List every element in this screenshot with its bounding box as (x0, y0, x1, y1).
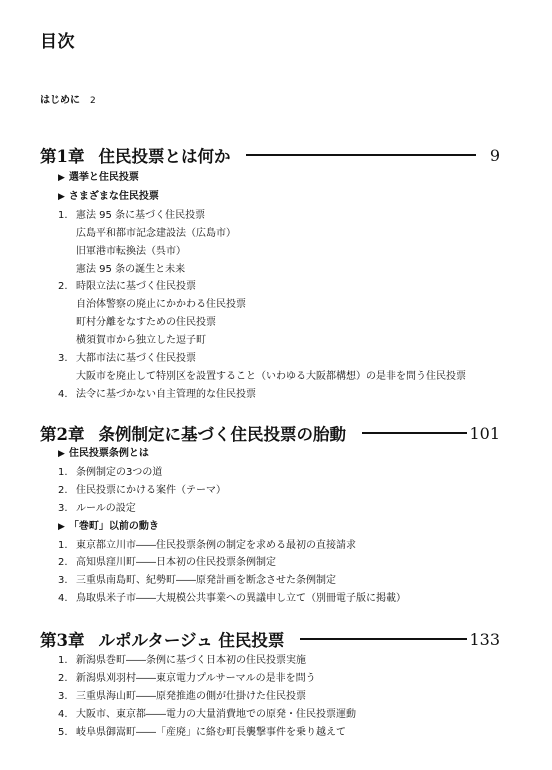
toc-entry[interactable]: 1.新潟県巻町――条例に基づく日本初の住民投票実施 (58, 652, 356, 670)
entry-number: 4. (58, 590, 76, 608)
triangle-bullet-icon: ▶ (58, 519, 65, 537)
triangle-bullet-icon: ▶ (58, 446, 65, 464)
entry-number: 1. (58, 652, 76, 670)
toc-entry[interactable]: 4.鳥取県米子市――大規模公共事業への異議申し立て（別冊電子版に掲載） (58, 590, 406, 608)
entry-number: 1. (58, 464, 76, 482)
toc-entry[interactable]: 5.岐阜県御嵩町――「産廃」に絡む町長襲撃事件を乗り越えて (58, 724, 356, 742)
chapter-page: 101 (469, 424, 500, 443)
chapter-number: 第2章 (40, 421, 84, 445)
toc-entry[interactable]: ▶さまざまな住民投票 (58, 188, 466, 207)
entry-number: 4. (58, 386, 76, 404)
toc-intro[interactable]: はじめに2 (40, 91, 96, 106)
entry-text: 横須賀市から独立した逗子町 (76, 335, 206, 346)
entry-text: 「巻町」以前の動き (69, 521, 159, 532)
toc-entry[interactable]: 1.憲法 95 条に基づく住民投票 (58, 207, 466, 225)
toc-entry[interactable]: 横須賀市から独立した逗子町 (58, 332, 466, 350)
entry-number: 4. (58, 706, 76, 724)
entry-text: 町村分離をなすための住民投票 (76, 317, 216, 328)
toc-entry[interactable]: 3.三重県南島町、紀勢町――原発計画を断念させた条例制定 (58, 572, 406, 590)
toc-entry[interactable]: 自治体警察の廃止にかかわる住民投票 (58, 296, 466, 314)
entry-text: 東京都立川市――住民投票条例の制定を求める最初の直接請求 (76, 540, 356, 551)
chapter-title: 条例制定に基づく住民投票の胎動 (98, 421, 346, 445)
entry-text: 時限立法に基づく住民投票 (76, 281, 196, 292)
entry-text: 住民投票条例とは (69, 448, 149, 459)
chapter-title: ルポルタージュ 住民投票 (98, 627, 284, 651)
toc-entry[interactable]: 1.条例制定の3つの道 (58, 464, 406, 482)
entry-text: ルールの設定 (76, 503, 136, 514)
leader-rule (362, 432, 467, 433)
entry-text: 大阪市、東京都――電力の大量消費地での原発・住民投票運動 (76, 709, 356, 720)
chapter-number: 第1章 (40, 143, 84, 167)
entry-number: 3. (58, 688, 76, 706)
chapter-1-items: ▶選挙と住民投票▶さまざまな住民投票1.憲法 95 条に基づく住民投票広島平和都… (58, 169, 466, 404)
entry-text: 鳥取県米子市――大規模公共事業への異議申し立て（別冊電子版に掲載） (76, 593, 406, 604)
chapter-2-heading[interactable]: 第2章 条例制定に基づく住民投票の胎動 101 (40, 421, 500, 445)
entry-text: 法令に基づかない自主管理的な住民投票 (76, 389, 256, 400)
toc-entry[interactable]: 憲法 95 条の誕生と未来 (58, 261, 466, 279)
chapter-1-heading[interactable]: 第1章 住民投票とは何か 9 (40, 143, 500, 167)
entry-text: 旧軍港市転換法（呉市） (76, 246, 186, 257)
entry-text: 新潟県刈羽村――東京電力プルサーマルの是非を問う (76, 673, 316, 684)
toc-entry[interactable]: 3.三重県海山町――原発推進の側が仕掛けた住民投票 (58, 688, 356, 706)
entry-text: 新潟県巻町――条例に基づく日本初の住民投票実施 (76, 655, 306, 666)
intro-page: 2 (90, 96, 96, 106)
entry-number: 3. (58, 500, 76, 518)
chapter-number: 第3章 (40, 627, 84, 651)
chapter-3-items: 1.新潟県巻町――条例に基づく日本初の住民投票実施2.新潟県刈羽村――東京電力プ… (58, 652, 356, 742)
toc-entry[interactable]: 3.ルールの設定 (58, 500, 406, 518)
toc-entry[interactable]: 2.新潟県刈羽村――東京電力プルサーマルの是非を問う (58, 670, 356, 688)
entry-number: 2. (58, 554, 76, 572)
entry-number: 1. (58, 207, 76, 225)
entry-number: 3. (58, 572, 76, 590)
toc-entry[interactable]: 町村分離をなすための住民投票 (58, 314, 466, 332)
intro-label: はじめに (40, 95, 80, 106)
entry-text: 岐阜県御嵩町――「産廃」に絡む町長襲撃事件を乗り越えて (76, 727, 346, 738)
entry-number: 2. (58, 670, 76, 688)
chapter-page: 133 (469, 630, 500, 649)
triangle-bullet-icon: ▶ (58, 170, 65, 188)
chapter-title: 住民投票とは何か (98, 143, 230, 167)
entry-text: さまざまな住民投票 (69, 191, 159, 202)
entry-number: 2. (58, 482, 76, 500)
entry-text: 大阪市を廃止して特別区を設置すること（いわゆる大阪都構想）の是非を問う住民投票 (76, 371, 466, 382)
toc-entry[interactable]: ▶選挙と住民投票 (58, 169, 466, 188)
triangle-bullet-icon: ▶ (58, 189, 65, 207)
page-title: 目次 (40, 27, 75, 52)
entry-number: 5. (58, 724, 76, 742)
toc-entry[interactable]: ▶住民投票条例とは (58, 445, 406, 464)
entry-text: 憲法 95 条の誕生と未来 (76, 264, 185, 275)
entry-number: 2. (58, 278, 76, 296)
toc-entry[interactable]: 2.時限立法に基づく住民投票 (58, 278, 466, 296)
entry-number: 1. (58, 537, 76, 555)
toc-entry[interactable]: 1.東京都立川市――住民投票条例の制定を求める最初の直接請求 (58, 537, 406, 555)
entry-text: 自治体警察の廃止にかかわる住民投票 (76, 299, 246, 310)
chapter-2-items: ▶住民投票条例とは1.条例制定の3つの道2.住民投票にかける案件（テーマ）3.ル… (58, 445, 406, 608)
chapter-3-heading[interactable]: 第3章 ルポルタージュ 住民投票 133 (40, 627, 500, 651)
toc-entry[interactable]: ▶「巻町」以前の動き (58, 518, 406, 537)
toc-entry[interactable]: 2.高知県窪川町――日本初の住民投票条例制定 (58, 554, 406, 572)
entry-text: 条例制定の3つの道 (76, 467, 162, 478)
entry-text: 憲法 95 条に基づく住民投票 (76, 210, 205, 221)
entry-number: 3. (58, 350, 76, 368)
toc-entry[interactable]: 2.住民投票にかける案件（テーマ） (58, 482, 406, 500)
leader-rule (300, 638, 467, 639)
entry-text: 住民投票にかける案件（テーマ） (76, 485, 226, 496)
toc-entry[interactable]: 3.大都市法に基づく住民投票 (58, 350, 466, 368)
chapter-page: 9 (490, 146, 500, 165)
entry-text: 広島平和都市記念建設法（広島市） (76, 228, 236, 239)
entry-text: 大都市法に基づく住民投票 (76, 353, 196, 364)
entry-text: 選挙と住民投票 (69, 172, 139, 183)
entry-text: 三重県海山町――原発推進の側が仕掛けた住民投票 (76, 691, 306, 702)
toc-entry[interactable]: 4.法令に基づかない自主管理的な住民投票 (58, 386, 466, 404)
entry-text: 高知県窪川町――日本初の住民投票条例制定 (76, 557, 276, 568)
toc-entry[interactable]: 大阪市を廃止して特別区を設置すること（いわゆる大阪都構想）の是非を問う住民投票 (58, 368, 466, 386)
toc-entry[interactable]: 広島平和都市記念建設法（広島市） (58, 225, 466, 243)
toc-entry[interactable]: 旧軍港市転換法（呉市） (58, 243, 466, 261)
toc-entry[interactable]: 4.大阪市、東京都――電力の大量消費地での原発・住民投票運動 (58, 706, 356, 724)
leader-rule (246, 154, 475, 155)
entry-text: 三重県南島町、紀勢町――原発計画を断念させた条例制定 (76, 575, 336, 586)
